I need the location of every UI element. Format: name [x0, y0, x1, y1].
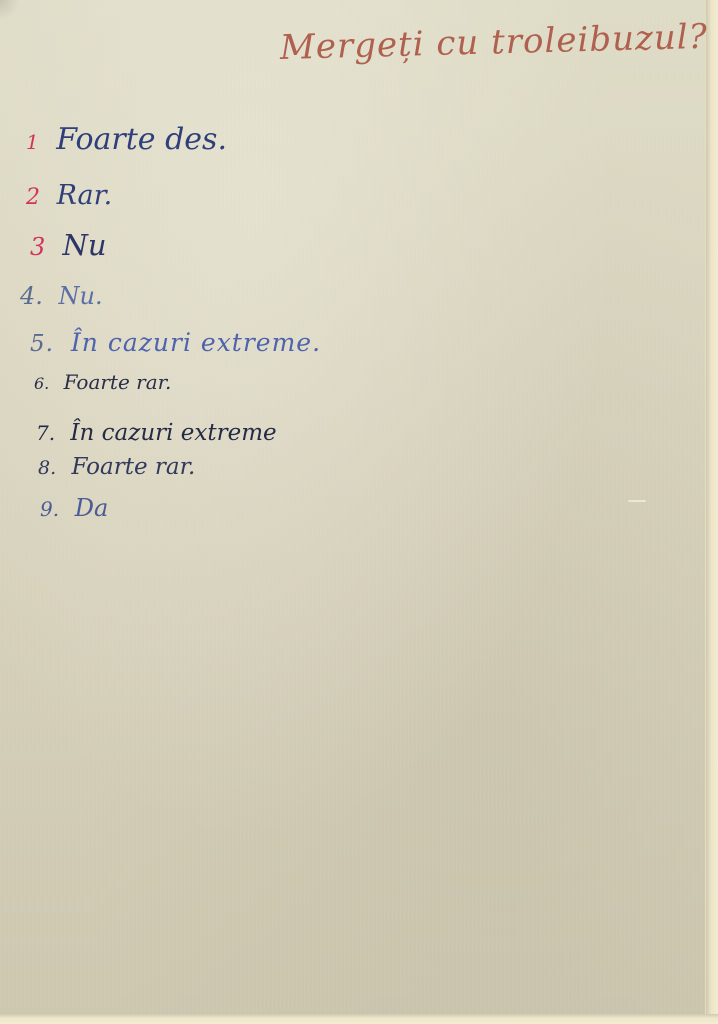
- answer-text: Foarte rar.: [64, 370, 172, 394]
- answer-number: 1: [26, 130, 39, 154]
- answer-number: 7.: [36, 421, 55, 445]
- answer-item: 6. Foarte rar.: [34, 370, 171, 394]
- answer-item: 2 Rar.: [26, 180, 112, 211]
- paper-corner-shadow: [0, 0, 20, 20]
- answer-text: Nu: [63, 228, 107, 262]
- answer-number: 8.: [38, 457, 56, 479]
- answer-number: 2: [26, 185, 40, 210]
- answer-text: Da: [75, 494, 109, 522]
- answer-item: 5. În cazuri extreme.: [30, 328, 321, 357]
- answer-text: Nu.: [59, 282, 103, 310]
- answer-item: 7. În cazuri extreme: [36, 420, 277, 446]
- answer-number: 3: [30, 233, 45, 261]
- answer-number: 4.: [20, 282, 43, 310]
- answer-item: 4. Nu.: [20, 282, 103, 310]
- answer-number: 6.: [34, 374, 49, 393]
- paper-scratch-mark: [628, 500, 646, 502]
- paper-bottom-edge: [0, 1014, 718, 1024]
- answer-text: Foarte des.: [56, 122, 227, 157]
- answer-text: Foarte rar.: [71, 454, 195, 480]
- answer-text: În cazuri extreme.: [71, 328, 321, 357]
- answer-number: 5.: [30, 331, 54, 357]
- answer-item: 8. Foarte rar.: [38, 454, 195, 480]
- answer-text: Rar.: [57, 180, 113, 211]
- paper-right-edge: [705, 0, 718, 1024]
- answer-number: 9.: [40, 497, 59, 521]
- answer-item: 1 Foarte des.: [26, 122, 227, 157]
- answer-item: 9. Da: [40, 494, 108, 522]
- answer-text: În cazuri extreme: [70, 420, 276, 446]
- answer-item: 3 Nu: [30, 228, 107, 262]
